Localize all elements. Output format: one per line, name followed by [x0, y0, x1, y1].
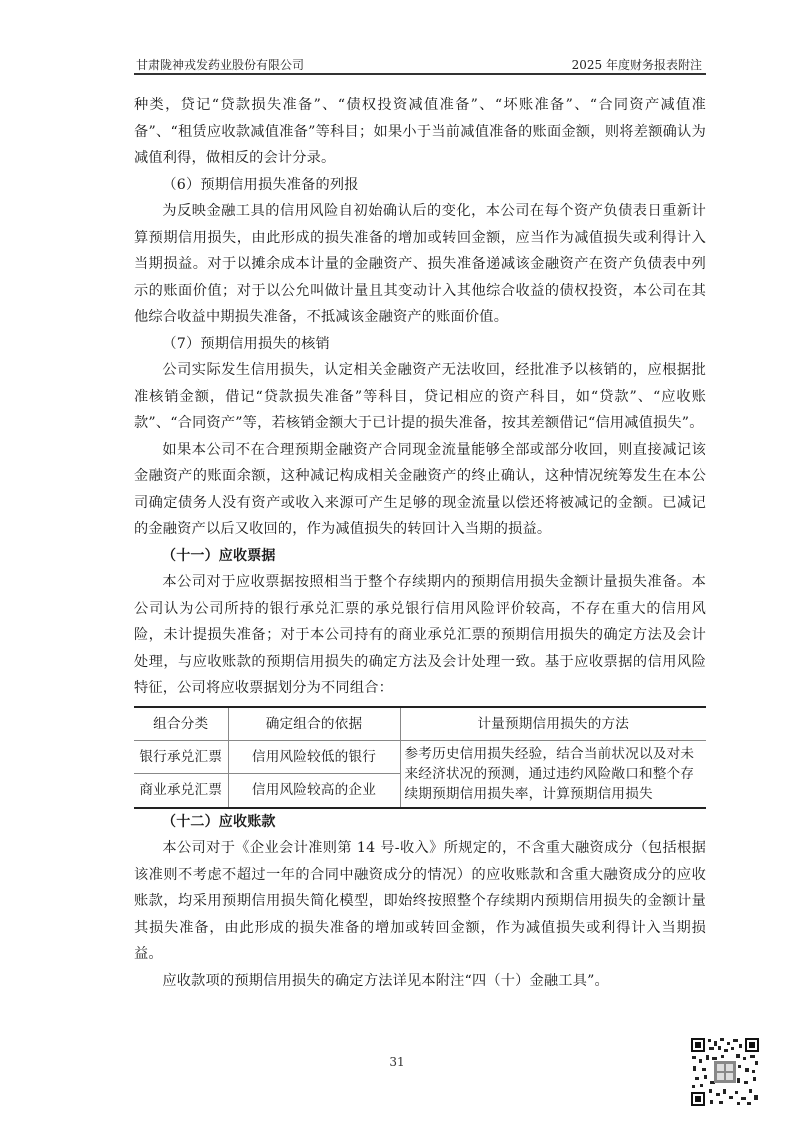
section-7-paragraph-1: 公司实际发生信用损失，认定相关金融资产无法收回，经批准予以核销的，应根据批准核销…: [134, 357, 706, 437]
qr-code-icon: [690, 1037, 760, 1107]
table-header-cell: 确定组合的依据: [228, 707, 400, 741]
section-12-paragraph-2: 应收款项的预期信用损失的确定方法详见本附注“四（十）金融工具”。: [134, 968, 706, 995]
report-title: 2025 年度财务报表附注: [572, 56, 702, 73]
section-12-title: （十二）应收账款: [134, 809, 706, 836]
section-6-paragraph: 为反映金融工具的信用风险自初始确认后的变化，本公司在每个资产负债表日重新计算预期…: [134, 198, 706, 331]
table-cell-basis: 信用风险较低的银行: [228, 740, 400, 773]
table-row: 银行承兑汇票 信用风险较低的银行 参考历史信用损失经验，结合当前状况以及对未来经…: [134, 740, 706, 773]
portfolio-table: 组合分类 确定组合的依据 计量预期信用损失的方法 银行承兑汇票 信用风险较低的银…: [134, 706, 706, 809]
section-7-title: （7）预期信用损失的核销: [134, 331, 706, 358]
paragraph-continued: 种类，贷记“贷款损失准备”、“债权投资减值准备”、“坏账准备”、“合同资产减值准…: [134, 92, 706, 172]
section-12-paragraph-1: 本公司对于《企业会计准则第 14 号-收入》所规定的，不含重大融资成分（包括根据…: [134, 835, 706, 968]
table-header-row: 组合分类 确定组合的依据 计量预期信用损失的方法: [134, 707, 706, 741]
section-11-title: （十一）应收票据: [134, 543, 706, 570]
section-11-paragraph: 本公司对于应收票据按照相当于整个存续期内的预期信用损失金额计量损失准备。本公司认…: [134, 569, 706, 702]
section-6-title: （6）预期信用损失准备的列报: [134, 172, 706, 199]
company-name: 甘肃陇神戎发药业股份有限公司: [136, 56, 304, 73]
table-header-cell: 组合分类: [134, 707, 228, 741]
table-cell-basis: 信用风险较高的企业: [228, 773, 400, 807]
section-7-paragraph-2: 如果本公司不在合理预期金融资产合同现金流量能够全部或部分收回，则直接减记该金融资…: [134, 437, 706, 543]
document-body: 种类，贷记“贷款损失准备”、“债权投资减值准备”、“坏账准备”、“合同资产减值准…: [134, 92, 706, 994]
header-divider: [134, 73, 706, 75]
table-cell-category: 银行承兑汇票: [134, 740, 228, 773]
table-header-cell: 计量预期信用损失的方法: [400, 707, 706, 741]
table-cell-category: 商业承兑汇票: [134, 773, 228, 807]
page-header: 甘肃陇神戎发药业股份有限公司 2025 年度财务报表附注: [134, 56, 706, 74]
page-number: 31: [0, 1055, 794, 1069]
table-cell-method: 参考历史信用损失经验，结合当前状况以及对未来经济状况的预测，通过违约风险敞口和整…: [400, 740, 706, 808]
